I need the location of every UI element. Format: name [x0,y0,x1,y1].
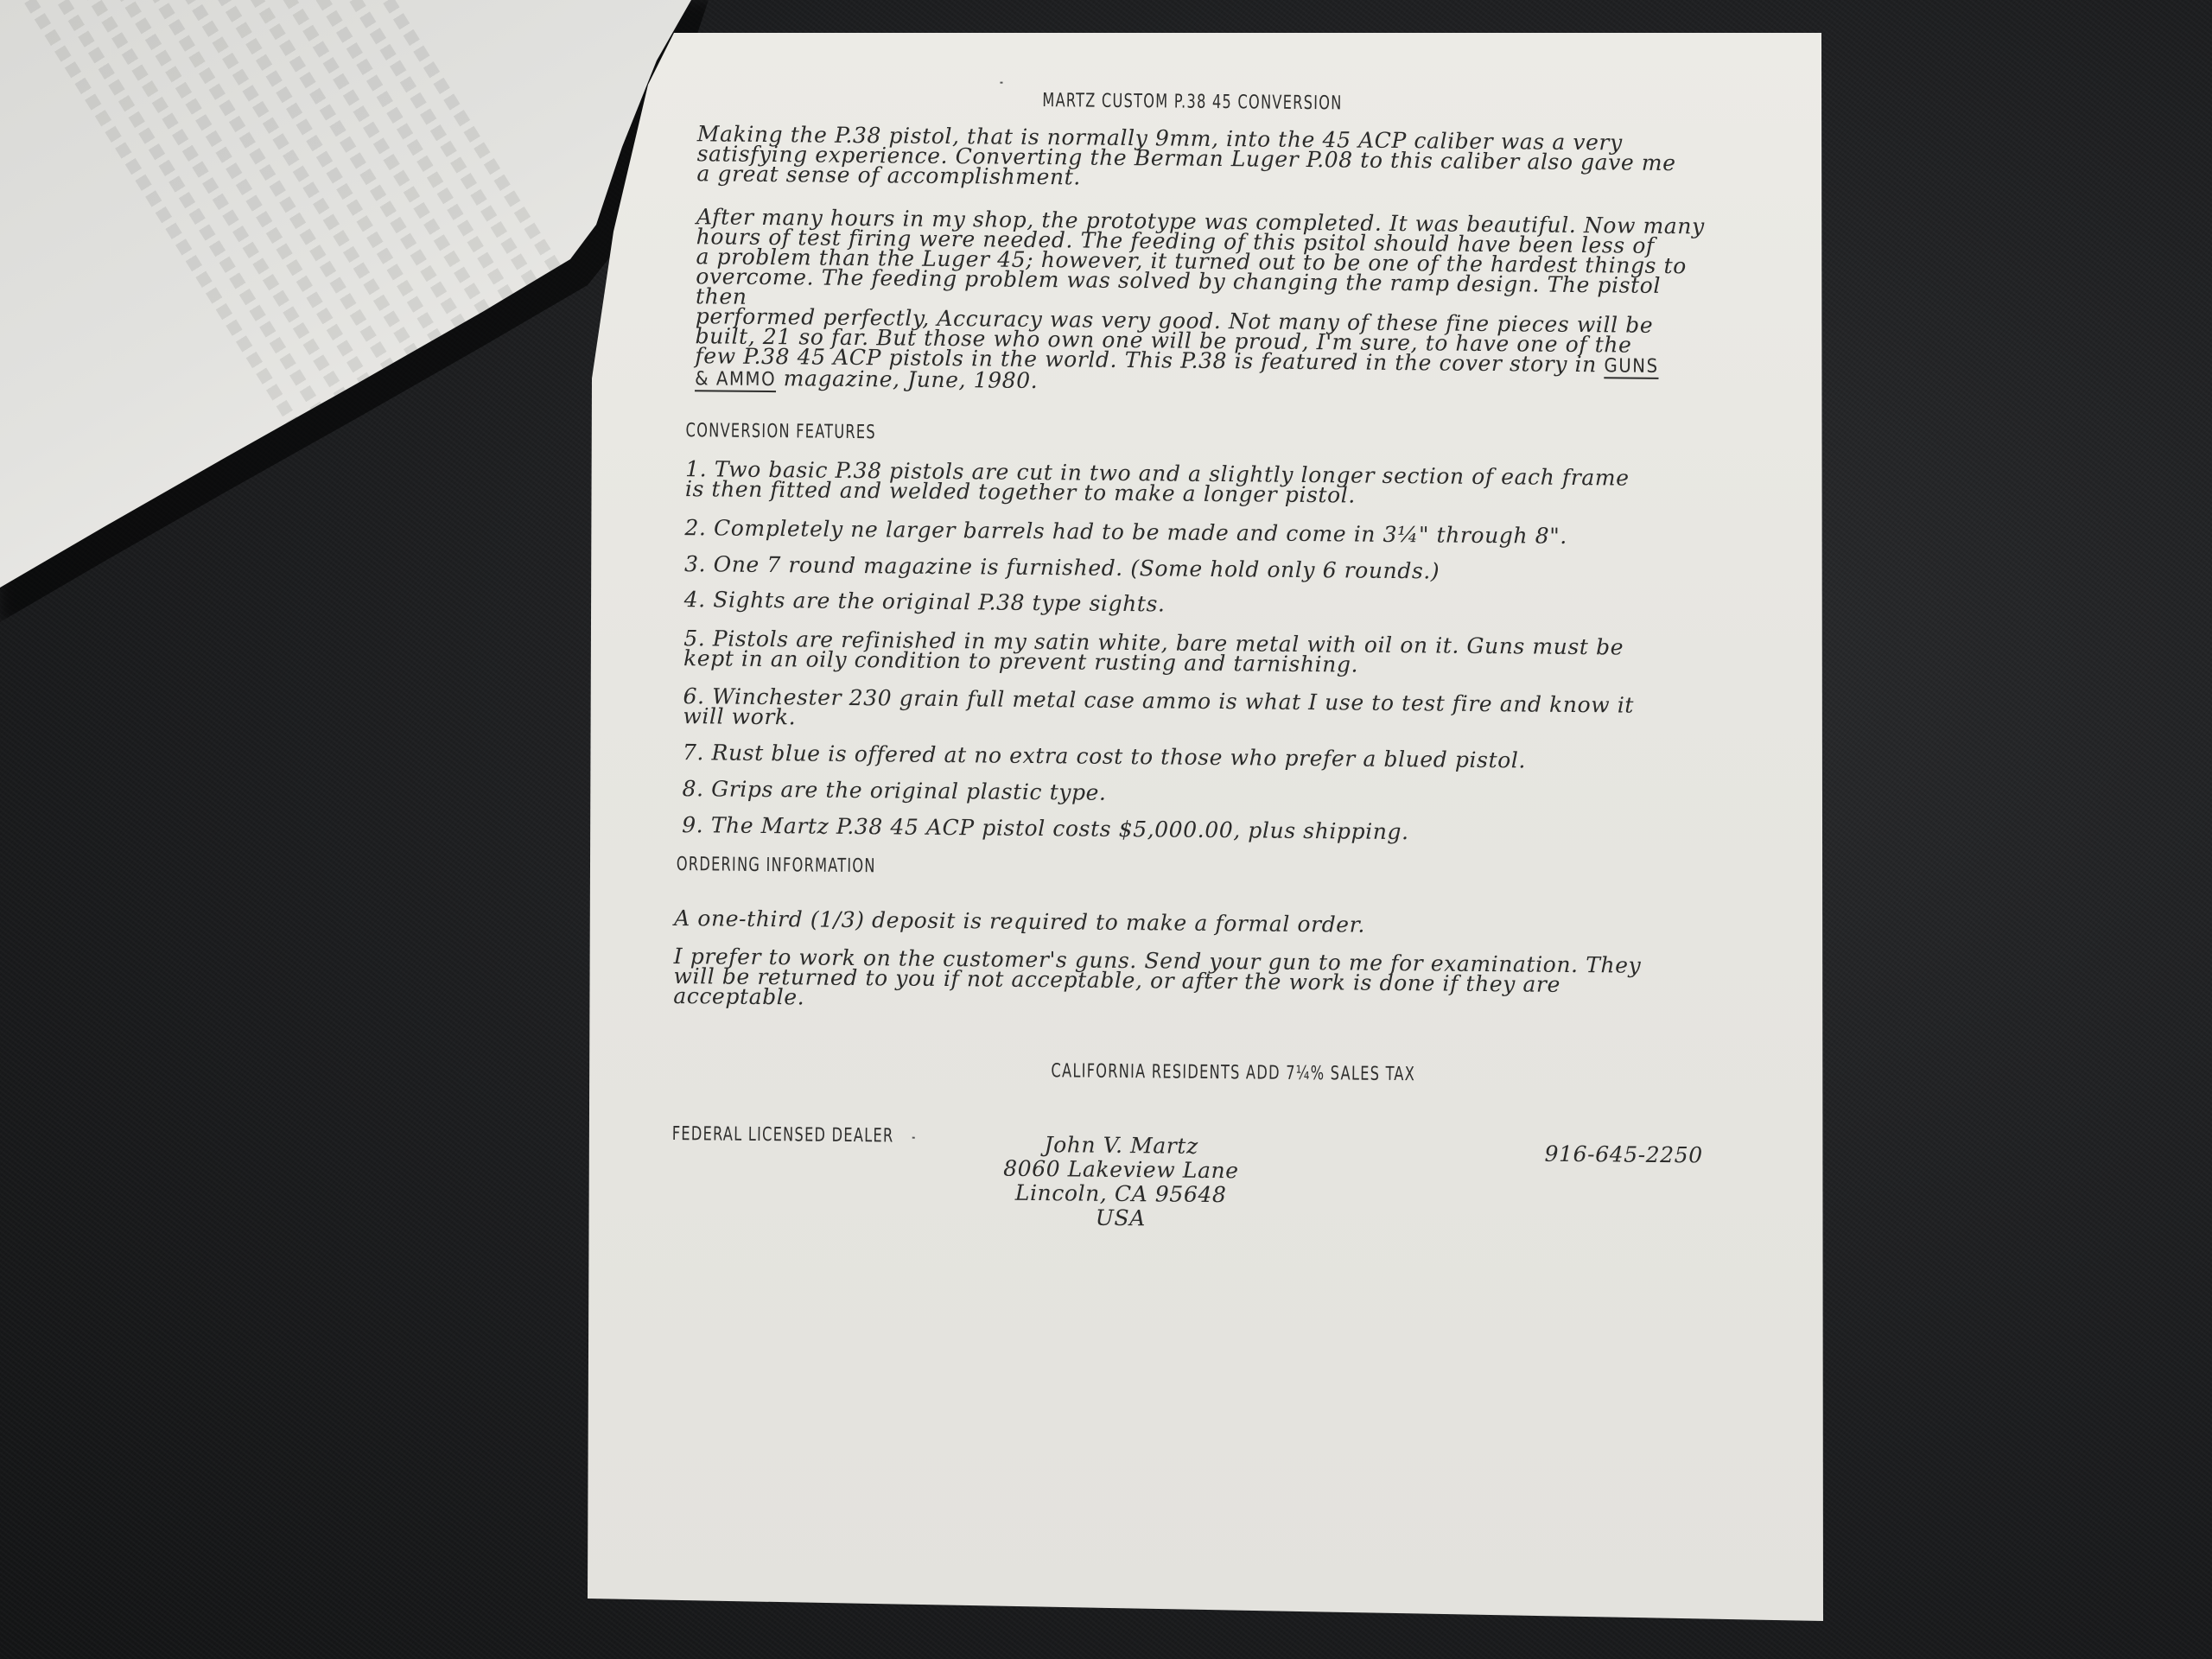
feature-item: 2. Completely ne larger barrels had to b… [684,518,1721,548]
history-text-end: magazine, June, 1980. [776,365,1038,393]
feature-text: Pistols are refinished in my satin white… [683,626,1624,677]
feature-item: 6. Winchester 230 grain full metal case … [683,686,1719,736]
feature-item: 4. Sights are the original P.38 type sig… [684,589,1721,620]
feature-text: Winchester 230 grain full metal case amm… [683,683,1634,729]
feature-number: 4. [684,587,706,612]
feature-item: 9. The Martz P.38 45 ACP pistol costs $5… [682,815,1719,845]
ordering-guns-paragraph: I prefer to work on the customer's guns.… [673,946,1694,1015]
feature-text: Sights are the original P.38 type sights… [713,587,1165,616]
feature-item: 7. Rust blue is offered at no extra cost… [683,742,1719,772]
feature-item: 1. Two basic P.38 pistols are cut in two… [685,459,1722,509]
ordering-heading: ORDERING INFORMATION [677,855,876,876]
stray-mark [1000,82,1002,84]
history-text: After many hours in my shop, the prototy… [695,204,1705,377]
feature-text: Two basic P.38 pistols are cut in two an… [685,456,1630,507]
intro-paragraph: Making the P.38 pistol, that is normally… [696,124,1717,193]
stray-mark [912,1137,915,1139]
feature-item: 5. Pistols are refinished in my satin wh… [683,628,1720,678]
feature-number: 8. [682,776,703,801]
feature-text: Completely ne larger barrels had to be m… [714,515,1567,548]
feature-text: Grips are the original plastic type. [711,776,1107,804]
federal-licensed-dealer: FEDERAL LICENSED DEALER [672,1124,894,1146]
magazine-name-ammo: & AMMO [695,369,776,390]
magazine-name-guns: GUNS [1604,356,1658,377]
feature-text: One 7 round magazine is furnished. (Some… [714,551,1440,583]
dealer-address: John V. Martz 8060 Lakeview Lane Lincoln… [939,1132,1303,1232]
sales-tax-notice: CALIFORNIA RESIDENTS ADD 7¼% SALES TAX [1051,1061,1415,1084]
features-heading: CONVERSION FEATURES [685,421,876,442]
document-page: MARTZ CUSTOM P.38 45 CONVERSION Making t… [588,33,1840,1630]
feature-number: 2. [684,515,706,540]
feature-item: 3. One 7 round magazine is furnished. (S… [684,554,1721,584]
document-title: MARTZ CUSTOM P.38 45 CONVERSION [1042,91,1343,113]
feature-text: Rust blue is offered at no extra cost to… [711,740,1526,772]
feature-item: 8. Grips are the original plastic type. [682,779,1719,809]
feature-number: 9. [682,812,703,837]
feature-number: 7. [683,740,704,765]
dealer-phone: 916-645-2250 [1544,1144,1702,1166]
feature-number: 3. [684,551,706,576]
feature-text: The Martz P.38 45 ACP pistol costs $5,00… [711,812,1409,844]
history-paragraph: After many hours in my shop, the prototy… [695,207,1716,398]
ordering-deposit-paragraph: A one-third (1/3) deposit is required to… [674,908,1694,938]
features-list: 1. Two basic P.38 pistols are cut in two… [588,33,1840,45]
